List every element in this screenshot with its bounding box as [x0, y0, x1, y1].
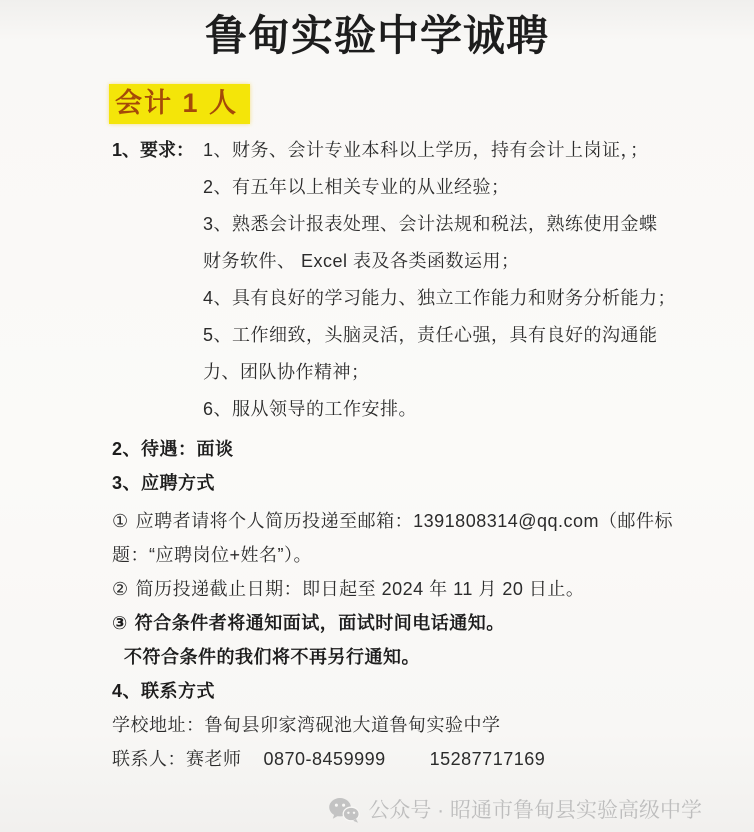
page-title: 鲁甸实验中学诚聘	[0, 0, 754, 64]
requirements-section: 1、要求： 1、财务、会计专业本科以上学历，持有会计上岗证，； 2、有五年以上相…	[112, 132, 754, 428]
requirement-line: 2、有五年以上相关专业的从业经验；	[203, 169, 676, 206]
apply-item-3-text: 符合条件者将通知面试，面试时间电话通知。	[135, 613, 505, 633]
position-badge: 会计 1 人	[109, 84, 250, 124]
requirement-line: 5、工作细致，头脑灵活，责任心强，具有良好的沟通能	[203, 317, 676, 354]
school-address-line: 学校地址：鲁甸县卯家湾砚池大道鲁甸实验中学	[112, 708, 754, 742]
watermark-text: 公众号 · 昭通市鲁甸县实验高级中学	[368, 797, 702, 824]
requirements-label: 1、要求：	[112, 132, 203, 428]
contact-person-line: 联系人：赛老师0870-845999915287717169	[112, 742, 754, 776]
landline-phone: 0870-8459999	[264, 749, 386, 769]
apply-item-2: ②简历投递截止日期：即日起至 2024 年 11 月 20 日止。	[112, 572, 754, 606]
requirement-line: 财务软件、 Excel 表及各类函数运用；	[203, 243, 676, 280]
requirement-line: 6、服从领导的工作安排。	[203, 391, 676, 428]
requirement-line: 力、团队协作精神；	[203, 354, 676, 391]
mobile-phone: 15287717169	[430, 749, 546, 769]
apply-item-3-continuation: 不符合条件的我们将不再另行通知。	[112, 640, 754, 674]
details-section: 2、待遇：面谈 3、应聘方式 ①应聘者请将个人简历投递至邮箱：139180831…	[112, 432, 754, 776]
contact-heading: 4、联系方式	[112, 674, 754, 708]
apply-item-3: ③符合条件者将通知面试，面试时间电话通知。	[112, 606, 754, 640]
requirement-line: 1、财务、会计专业本科以上学历，持有会计上岗证，；	[203, 132, 676, 169]
requirement-line: 4、具有良好的学习能力、独立工作能力和财务分析能力；	[203, 280, 676, 317]
apply-item-2-text: 简历投递截止日期：即日起至 2024 年 11 月 20 日止。	[136, 579, 585, 599]
requirement-line: 3、熟悉会计报表处理、会计法规和税法，熟练使用金蝶	[203, 206, 676, 243]
circled-number-3: ③	[112, 606, 128, 640]
apply-item-1-text: 应聘者请将个人简历投递至邮箱：1391808314@qq.com（邮件标	[136, 511, 673, 531]
job-posting-document: 鲁甸实验中学诚聘 会计 1 人 1、要求： 1、财务、会计专业本科以上学历，持有…	[0, 0, 754, 832]
official-account-watermark: 公众号 · 昭通市鲁甸县实验高级中学	[328, 796, 702, 824]
apply-heading: 3、应聘方式	[112, 466, 754, 500]
circled-number-2: ②	[112, 572, 129, 606]
wechat-icon	[328, 796, 360, 824]
circled-number-1: ①	[112, 504, 129, 538]
requirements-list: 1、财务、会计专业本科以上学历，持有会计上岗证，； 2、有五年以上相关专业的从业…	[203, 132, 676, 428]
contact-person-label: 联系人：赛老师	[112, 749, 242, 769]
apply-item-1: ①应聘者请将个人简历投递至邮箱：1391808314@qq.com（邮件标	[112, 504, 754, 538]
apply-item-1-continuation: 题：“应聘岗位+姓名”）。	[112, 538, 754, 572]
salary-line: 2、待遇：面谈	[112, 432, 754, 466]
